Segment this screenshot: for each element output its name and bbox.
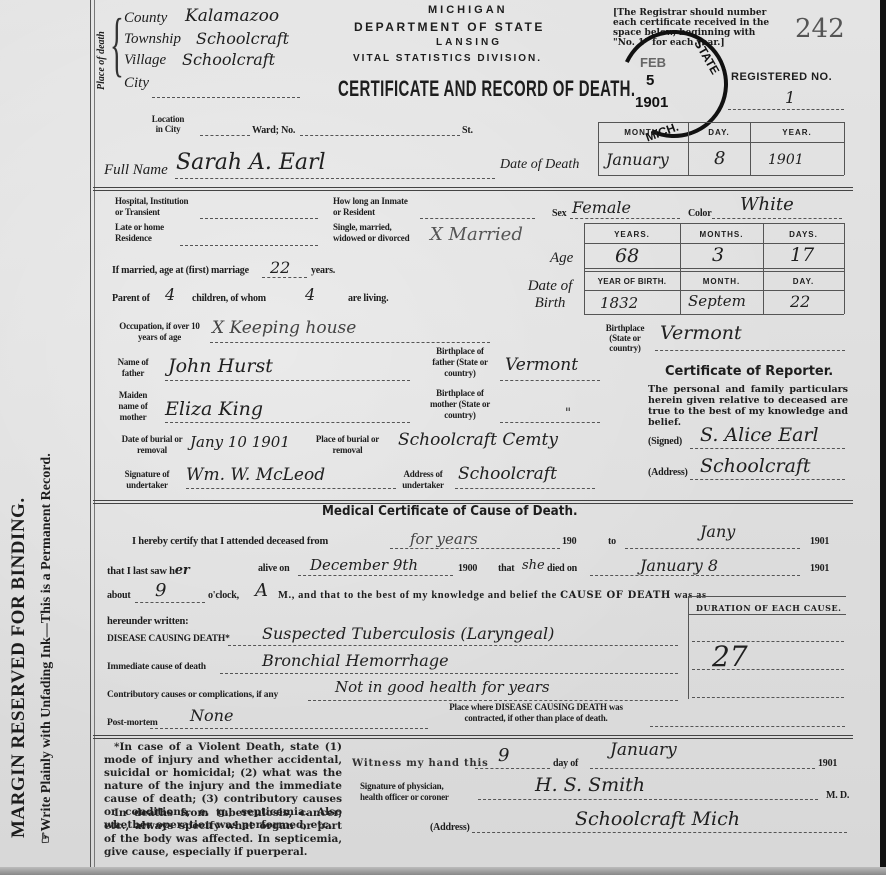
- witness-month: January: [610, 740, 677, 760]
- dod-day-value: 8: [714, 148, 725, 169]
- city-label: City: [124, 75, 149, 92]
- registered-no-value: 1: [785, 88, 795, 107]
- file-number: 242: [795, 14, 845, 44]
- reporter-address-label: (Address): [648, 467, 688, 478]
- stamp-month: FEB: [640, 55, 666, 70]
- attended-to-year: 1901: [810, 536, 829, 547]
- sex-label: Sex: [552, 208, 566, 219]
- died-on-label: died on: [547, 563, 577, 574]
- birth-label: Date of Birth: [520, 278, 580, 312]
- about-label: about: [107, 590, 130, 601]
- birthplace-value: Vermont: [660, 322, 742, 344]
- village-label: Village: [124, 52, 166, 69]
- age-months-header: MONTHS.: [680, 230, 763, 239]
- ward-label: Ward; No.: [252, 125, 295, 136]
- undertaker-address-label: Address of undertaker: [398, 469, 448, 491]
- physician-signature-label: Signature of physician, health officer o…: [360, 781, 460, 803]
- postmortem-label: Post-mortem: [107, 718, 158, 728]
- immediate-label: Immediate cause of death: [107, 662, 206, 672]
- witness-day: 9: [498, 745, 509, 766]
- birth-month-header: MONTH.: [680, 277, 763, 286]
- date-of-death-label: Date of Death: [500, 157, 579, 173]
- physician-signature-value: H. S. Smith: [535, 774, 645, 796]
- place-contracted-label: Place where DISEASE CAUSING DEATH was co…: [436, 702, 636, 724]
- cause-of-death-bold: CAUSE OF DEATH: [560, 590, 671, 601]
- duration-value: 27: [712, 640, 748, 673]
- age-days-header: DAYS.: [763, 230, 844, 239]
- physician-address-value: Schoolcraft Mich: [575, 808, 740, 830]
- stamp-day: 5: [646, 72, 654, 89]
- certify-text: that I attended deceased from: [200, 536, 328, 547]
- burial-place-label: Place of burial or removal: [310, 434, 385, 456]
- scan-edge-right: [880, 0, 886, 875]
- footnote-lead: *In case of a: [114, 741, 193, 753]
- reporter-address-value: Schoolcraft: [700, 455, 811, 477]
- location-label: Location in City: [148, 114, 188, 134]
- mother-birthplace-label: Birthplace of mother (State or country): [425, 388, 495, 421]
- birthplace-label: Birthplace (State or country): [600, 323, 650, 353]
- header-city: LANSING: [436, 37, 502, 48]
- children-of-whom-label: children, of whom: [192, 293, 266, 304]
- occupation-value: X Keeping house: [212, 318, 356, 338]
- marriage-age-suffix: years.: [311, 265, 335, 276]
- duration-header: DURATION OF EACH CAUSE.: [696, 603, 842, 613]
- dod-year-header: YEAR.: [750, 128, 844, 137]
- attended-to-value: Jany: [700, 522, 735, 541]
- to-label: to: [608, 536, 616, 547]
- inmate-label: How long an Inmate or Resident: [333, 196, 408, 218]
- residence-label: Late or home Residence: [115, 222, 175, 244]
- parent-of-label: Parent of: [112, 293, 150, 304]
- witness-label: Witness my hand this: [352, 758, 489, 769]
- registered-no-label: REGISTERED NO.: [731, 71, 832, 83]
- m-label: M., and that to the best of my knowledge…: [278, 590, 557, 601]
- birth-day-value: 22: [790, 292, 810, 311]
- that-label: that: [498, 563, 514, 574]
- living-label: are living.: [348, 293, 388, 304]
- hospital-label: Hospital, Institution or Transient: [115, 196, 190, 218]
- footnote-tuberculosis: In deaths from tuberculosis, cancer, etc…: [104, 807, 342, 859]
- pronoun-value: she: [522, 558, 545, 573]
- reporter-statement: The personal and family particulars here…: [648, 384, 848, 428]
- mother-birthplace-value: ": [565, 406, 571, 421]
- oclock-label: o'clock,: [208, 590, 239, 601]
- attended-from-value: for years: [410, 530, 478, 548]
- township-value: Schoolcraft: [196, 29, 289, 48]
- contributory-value: Not in good health for years: [335, 678, 550, 696]
- county-value: Kalamazoo: [185, 6, 279, 26]
- immediate-value: Bronchial Hemorrhage: [262, 651, 449, 670]
- margin-subtitle: ☞Write Plainly with Unfading Ink—This is…: [38, 453, 55, 844]
- living-count: 4: [305, 285, 315, 304]
- disease-value: Suspected Tuberculosis (Laryngeal): [262, 624, 554, 643]
- full-name-value: Sarah A. Earl: [176, 150, 326, 175]
- alive-on-label: alive on: [258, 563, 289, 574]
- last-saw-pronoun: er: [175, 563, 190, 578]
- father-label: Name of father: [112, 357, 154, 379]
- margin-divider: [90, 0, 95, 875]
- medical-title: Medical Certificate of Cause of Death.: [322, 504, 578, 519]
- full-name-label: Full Name: [104, 162, 168, 179]
- birth-month-value: Septem: [688, 292, 746, 310]
- dod-month-value: January: [606, 150, 669, 169]
- village-value: Schoolcraft: [182, 50, 275, 69]
- last-saw-label: that I last saw h: [107, 566, 175, 577]
- header-division: VITAL STATISTICS DIVISION.: [353, 53, 542, 64]
- township-label: Township: [124, 31, 181, 48]
- md-label: M. D.: [826, 790, 849, 801]
- certify-bold: I hereby certify: [132, 536, 198, 547]
- father-birthplace-value: Vermont: [505, 355, 578, 375]
- witness-year: 1901: [818, 758, 837, 769]
- dod-year-value: 1901: [768, 152, 804, 168]
- footnote-lead-bold: Violent Death,: [198, 741, 284, 753]
- place-of-death-side-label: Place of death: [96, 31, 107, 90]
- mother-label: Maiden name of mother: [112, 390, 154, 423]
- died-year: 1901: [810, 563, 829, 574]
- place-brace: {: [110, 8, 124, 80]
- death-certificate: MARGIN RESERVED FOR BINDING. ☞Write Plai…: [0, 0, 886, 875]
- birth-year-value: 1832: [600, 294, 638, 312]
- undertaker-address-value: Schoolcraft: [458, 464, 557, 484]
- day-of-label: day of: [553, 758, 578, 769]
- certificate-title: CERTIFICATE AND RECORD OF DEATH.: [338, 76, 635, 102]
- father-birthplace-label: Birthplace of father (State or country): [425, 346, 495, 379]
- burial-date-value: Jany 10 1901: [190, 433, 290, 451]
- last-seen-year: 1900: [458, 563, 477, 574]
- hereunder-label: hereunder written:: [107, 616, 188, 627]
- age-years-value: 68: [615, 245, 639, 267]
- sex-value: Female: [572, 198, 631, 217]
- street-label: St.: [462, 125, 473, 136]
- marriage-age-value: 22: [270, 258, 290, 277]
- reporter-signed-label: (Signed): [648, 436, 682, 447]
- physician-address-label: (Address): [430, 822, 470, 833]
- age-months-value: 3: [712, 244, 724, 266]
- reporter-title: Certificate of Reporter.: [665, 364, 833, 379]
- undertaker-label: Signature of undertaker: [112, 469, 182, 491]
- binding-margin: MARGIN RESERVED FOR BINDING. ☞Write Plai…: [0, 0, 90, 875]
- header-department: DEPARTMENT OF STATE: [354, 20, 545, 34]
- died-on-value: January 8: [640, 556, 718, 575]
- dod-day-header: DAY.: [688, 128, 750, 137]
- contributory-label: Contributory causes or complications, if…: [107, 690, 278, 700]
- age-days-value: 17: [790, 244, 814, 266]
- birth-day-header: DAY.: [763, 277, 844, 286]
- children-count: 4: [165, 285, 175, 304]
- burial-place-value: Schoolcraft Cemty: [398, 430, 558, 450]
- from-year-prefix: 190: [562, 536, 576, 547]
- meridiem-value: A: [255, 580, 268, 601]
- age-label: Age: [550, 250, 573, 267]
- occupation-label: Occupation, if over 10 years of age: [112, 321, 207, 343]
- scan-edge-bottom: [0, 867, 886, 875]
- reporter-signed-value: S. Alice Earl: [700, 424, 819, 446]
- margin-title: MARGIN RESERVED FOR BINDING.: [8, 497, 30, 838]
- age-years-header: YEARS.: [584, 230, 680, 239]
- hour-value: 9: [155, 580, 166, 601]
- mother-value: Eliza King: [165, 398, 263, 420]
- burial-date-label: Date of burial or removal: [112, 434, 192, 456]
- color-label: Color: [688, 208, 711, 219]
- disease-label: DISEASE CAUSING DEATH*: [107, 634, 230, 644]
- color-value: White: [740, 194, 794, 215]
- undertaker-value: Wm. W. McLeod: [186, 465, 325, 485]
- header-state: MICHIGAN: [428, 4, 508, 16]
- stamp-year: 1901: [635, 94, 668, 111]
- marital-label: Single, married, widowed or divorced: [333, 222, 423, 244]
- last-seen-date: December 9th: [310, 556, 418, 574]
- postmortem-value: None: [190, 706, 233, 725]
- county-label: County: [124, 10, 167, 27]
- father-value: John Hurst: [168, 355, 273, 377]
- marital-value: X Married: [430, 224, 523, 245]
- marriage-age-label: If married, age at (first) marriage: [112, 265, 249, 276]
- birth-year-header: YEAR OF BIRTH.: [584, 277, 680, 286]
- dod-month-header: MONTH.: [598, 128, 688, 137]
